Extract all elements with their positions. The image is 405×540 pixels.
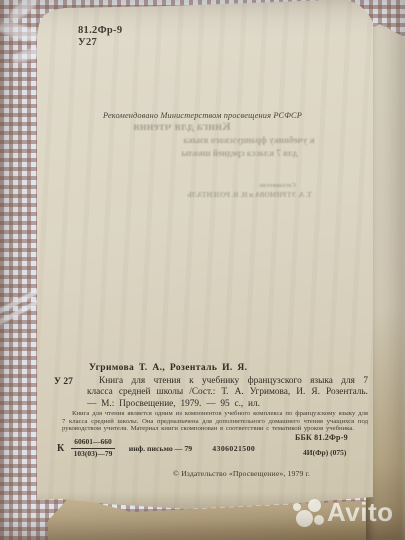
- index-numerator: 60601—660: [71, 438, 115, 449]
- index-letter: К: [57, 443, 64, 454]
- bleed-through-line: Книга для чтения: [107, 119, 257, 134]
- bleed-through-line: Т. А. УГРИМОВА и И. Я. РОЗЕНТАЛЬ: [147, 191, 352, 199]
- copyright-line: © Издательство «Просвещение», 1979 г.: [173, 469, 310, 478]
- avito-dot: [293, 503, 301, 511]
- bbk-code: ББК 81.2Фр-9: [295, 433, 348, 442]
- bleed-through-line: Составители:: [237, 183, 317, 189]
- classification-code: 4И(Фр) (075): [303, 448, 346, 457]
- library-code-line2: У27: [78, 37, 122, 49]
- order-number: 4306021500: [212, 444, 255, 453]
- print-index-row: К 60601—660 103(03)—79 инф. письмо — 79 …: [57, 438, 255, 458]
- library-code-line1: 81.2Фр-9: [78, 25, 122, 37]
- info-letter-note: инф. письмо — 79: [129, 444, 192, 453]
- avito-dot: [296, 510, 313, 527]
- avito-dot: [314, 515, 324, 525]
- index-denominator: 103(03)—79: [71, 449, 115, 459]
- embossed-leaf: [11, 47, 41, 64]
- avito-watermark: Avito: [291, 496, 394, 529]
- embossed-leaf: [5, 0, 40, 24]
- udc-code: У 27: [54, 377, 73, 387]
- library-code: 81.2Фр-9 У27: [78, 25, 122, 48]
- bleed-through-line: к учебнику французского языка: [149, 135, 349, 145]
- authors-line: Угримова Т. А., Розенталь И. Я.: [89, 363, 247, 373]
- annotation-text: Книга для чтения является одним из компо…: [62, 410, 368, 433]
- avito-dot: [308, 499, 321, 512]
- avito-wordmark: Avito: [327, 497, 394, 528]
- book-imprint-page: 81.2Фр-9 У27 Рекомендовано Министерством…: [37, 0, 373, 512]
- catalog-description: Книга для чтения к учебнику французского…: [87, 376, 368, 410]
- bleed-through-line: для 7 класса средней школы: [157, 148, 322, 158]
- avito-logo-dots-icon: [291, 496, 326, 529]
- embossed-leaf: [0, 17, 39, 46]
- index-fraction: 60601—660 103(03)—79: [71, 438, 115, 458]
